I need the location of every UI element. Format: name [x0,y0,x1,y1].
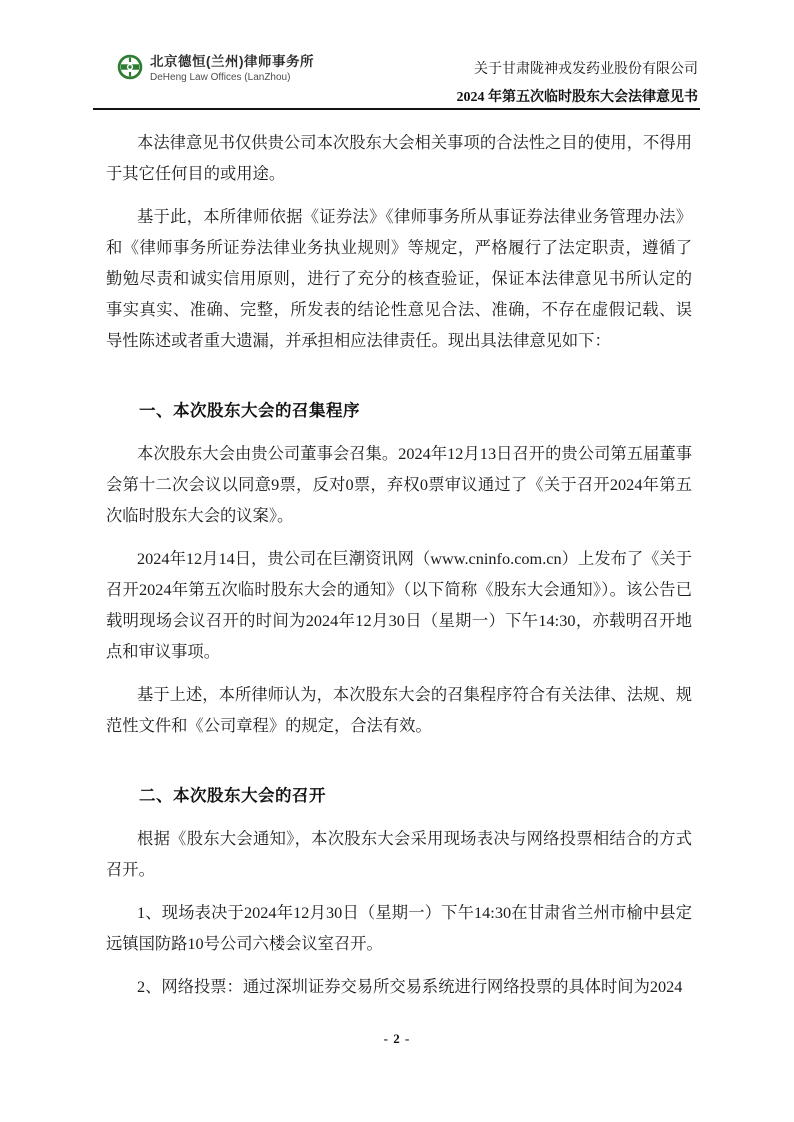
section-1-paragraph-3: 基于上述，本所律师认为，本次股东大会的召集程序符合有关法律、法规、规范性文件和《… [106,679,692,741]
intro-paragraph-2: 基于此，本所律师依据《证券法》《律师事务所从事证券法律业务管理办法》和《律师事务… [106,201,692,356]
intro-paragraph-1: 本法律意见书仅供贵公司本次股东大会相关事项的合法性之目的使用，不得用于其它任何目… [106,127,692,189]
document-body: 本法律意见书仅供贵公司本次股东大会相关事项的合法性之目的使用，不得用于其它任何目… [106,127,692,1014]
section-1-heading: 一、本次股东大会的召集程序 [106,396,692,427]
section-1-paragraph-2: 2024年12月14日，贵公司在巨潮资讯网（www.cninfo.com.cn）… [106,543,692,667]
section-1-paragraph-1: 本次股东大会由贵公司董事会召集。2024年12月13日召开的贵公司第五届董事会第… [106,438,692,531]
page-footer: - 2 - [0,1031,794,1047]
law-firm-logo: 北京德恒(兰州)律师事务所 DeHeng Law Offices (LanZho… [117,54,314,84]
document-header-title: 关于甘肃陇神戎发药业股份有限公司 2024 年第五次临时股东大会法律意见书 [457,56,699,112]
section-2-paragraph-1: 根据《股东大会通知》，本次股东大会采用现场表决与网络投票相结合的方式召开。 [106,823,692,885]
page-number: - 2 - [384,1031,411,1046]
law-firm-seal-icon [117,54,143,80]
firm-name-en: DeHeng Law Offices (LanZhou) [150,72,314,84]
firm-name-block: 北京德恒(兰州)律师事务所 DeHeng Law Offices (LanZho… [150,54,314,84]
section-2-paragraph-2: 1、现场表决于2024年12月30日（星期一）下午14:30在甘肃省兰州市榆中县… [106,897,692,959]
section-2-heading: 二、本次股东大会的召开 [106,781,692,812]
header-divider [93,108,700,110]
doc-title-line1: 关于甘肃陇神戎发药业股份有限公司 [457,56,699,84]
section-2-paragraph-3: 2、网络投票：通过深圳证券交易所交易系统进行网络投票的具体时间为2024 [106,971,692,1002]
document-page: 北京德恒(兰州)律师事务所 DeHeng Law Offices (LanZho… [0,0,794,1122]
firm-name-zh: 北京德恒(兰州)律师事务所 [150,54,314,70]
